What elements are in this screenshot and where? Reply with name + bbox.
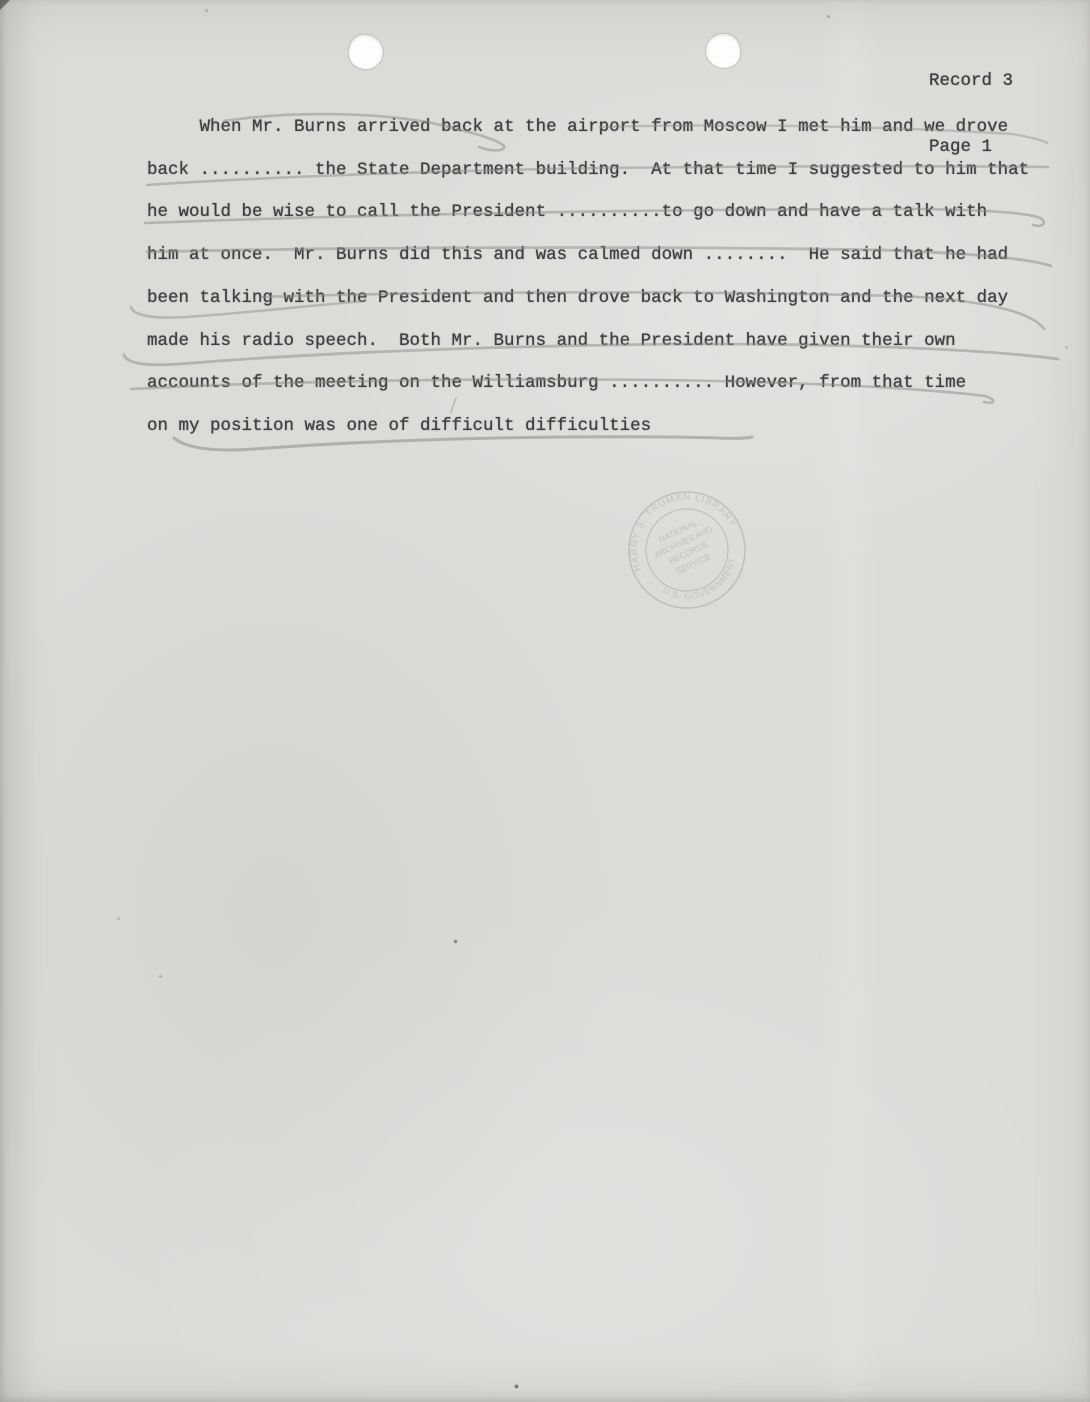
scanned-document-page: Record 3 Page 1 When Mr. Burns arrived b… — [0, 0, 1090, 1402]
truman-library-stamp: HARRY S. TRUMAN LIBRARY U.S. GOVERNMENT … — [607, 470, 767, 630]
typewritten-paragraph: When Mr. Burns arrived back at the airpo… — [147, 106, 1029, 448]
text-line-2: back .......... the State Department bui… — [147, 149, 1029, 192]
text-line-4: him at once. Mr. Burns did this and was … — [147, 234, 1029, 277]
text-line-3: he would be wise to call the President .… — [147, 191, 1029, 234]
text-line-1: When Mr. Burns arrived back at the airpo… — [147, 106, 1029, 149]
text-line-8: on my position was one of difficult diff… — [147, 405, 1029, 448]
text-line-7: accounts of the meeting on the Williamsb… — [147, 362, 1029, 405]
punch-hole-left — [346, 32, 386, 72]
text-line-5: been talking with the President and then… — [147, 277, 1029, 320]
punch-hole-right — [704, 32, 742, 70]
record-label: Record 3 — [929, 70, 1013, 92]
page-corner-mark — [0, 0, 10, 10]
text-line-6: made his radio speech. Both Mr. Burns an… — [147, 320, 1029, 363]
paper-specks — [0, 0, 1, 1]
